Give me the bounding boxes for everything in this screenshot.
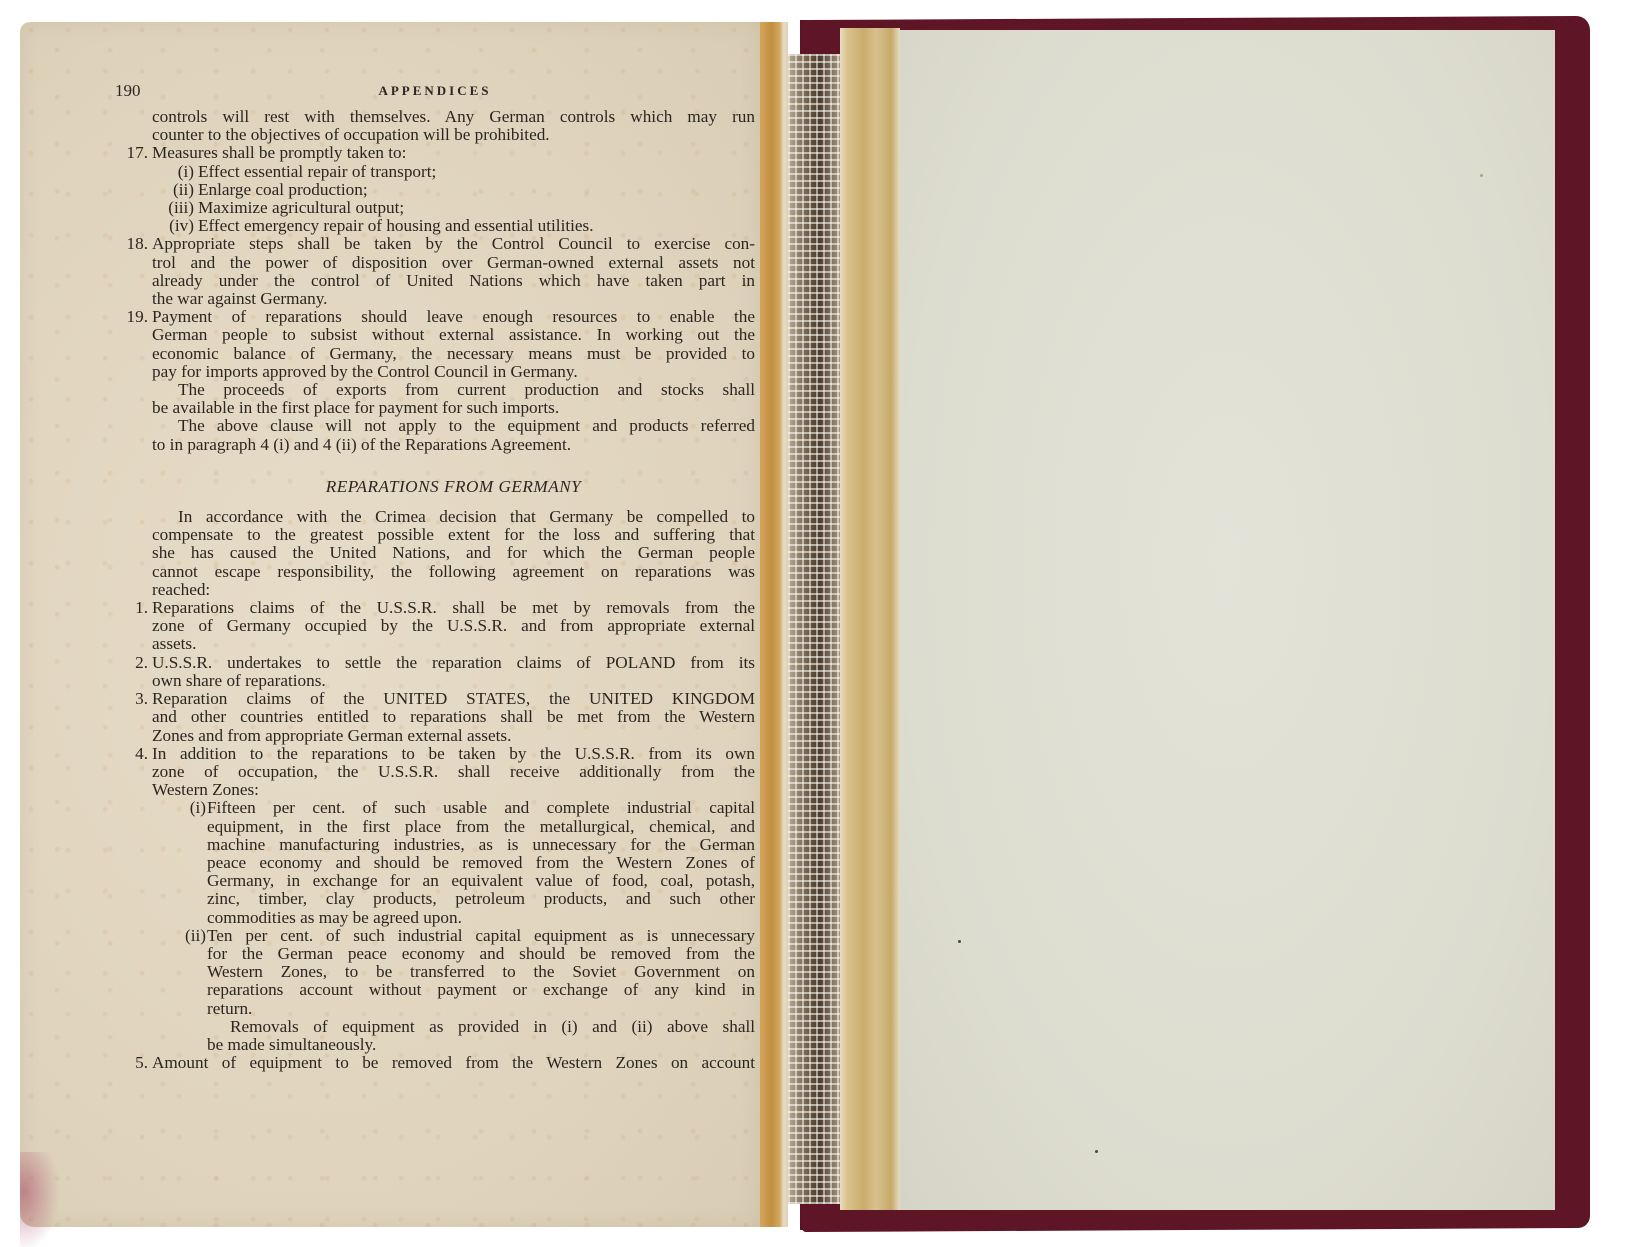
speck: [1095, 1150, 1098, 1153]
subitem: (ii)Enlarge coal production;: [152, 181, 755, 199]
reparations-item-4: 4. In addition to the reparations to be …: [115, 745, 755, 1054]
reparations-item-2: 2. U.S.S.R. undertakes to settle the rep…: [115, 654, 755, 690]
speck: [958, 940, 961, 943]
closing-paragraph: Removals of equipment as provided in (i)…: [152, 1018, 755, 1054]
running-head-title: APPENDICES: [115, 82, 755, 100]
paragraph: The proceeds of exports from current pro…: [115, 381, 755, 454]
reparations-item-5: 5. Amount of equipment to be removed fro…: [115, 1054, 755, 1072]
left-page: 190 APPENDICES controls will rest with t…: [20, 22, 760, 1227]
page-text: 190 APPENDICES controls will rest with t…: [115, 80, 755, 1072]
speck: [1480, 174, 1483, 177]
spine-mesh: [788, 54, 840, 1204]
blank-endpaper: [900, 30, 1555, 1210]
subitem: (iii)Maximize agricultural output;: [152, 199, 755, 217]
item-19: 19. Payment of reparations should leave …: [115, 308, 755, 381]
reparations-item-1: 1. Reparations claims of the U.S.S.R. sh…: [115, 599, 755, 654]
subitem: (iv)Effect emergency repair of housing a…: [152, 217, 755, 235]
section-title: REPARATIONS FROM GERMANY: [152, 478, 755, 496]
intro-paragraph: In accordance with the Crimea decision t…: [115, 508, 755, 599]
reparations-item-3: 3. Reparation claims of the UNITED STATE…: [115, 690, 755, 745]
subitem: (i)Effect essential repair of transport;: [152, 163, 755, 181]
subitem-i: (i) Fifteen per cent. of such usable and…: [152, 799, 755, 926]
subitem-ii: (ii) Ten per cent. of such industrial ca…: [152, 927, 755, 1018]
running-head: 190 APPENDICES: [115, 80, 755, 104]
continued-paragraph: controls will rest with themselves. Any …: [115, 108, 755, 144]
item-17: 17. Measures shall be promptly taken to:…: [115, 144, 755, 235]
hinge-tape: [840, 28, 900, 1210]
stain: [20, 1152, 60, 1247]
item-18: 18. Appropriate steps shall be taken by …: [115, 235, 755, 308]
